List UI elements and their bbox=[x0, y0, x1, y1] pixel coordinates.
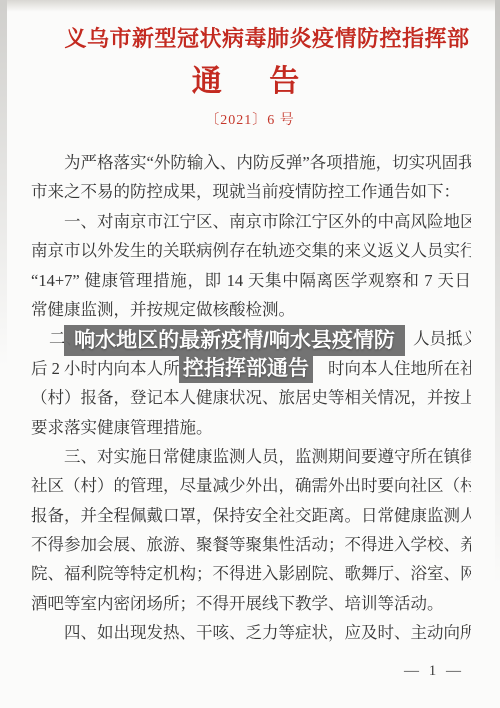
body-line-5: “14+7” 健康管理措施，即 14 天集中隔离医学观察和 7 天日 bbox=[31, 266, 471, 295]
body-line-7-right: 人员抵义 bbox=[413, 324, 471, 353]
body-line-8-left: 后 2 小时内向本人所 bbox=[31, 354, 180, 383]
document-number: 〔2021〕6 号 bbox=[0, 109, 500, 129]
body-line-12: 社区（村）的管理，尽量减少外出，确需外出时要向社区（村） bbox=[31, 471, 471, 500]
body-line-2: 市来之不易的防控成果，现就当前疫情防控工作通告如下： bbox=[31, 177, 471, 206]
body-line-15: 院、福利院等特定机构；不得进入影剧院、歌舞厅、浴室、网吧、 bbox=[31, 559, 471, 588]
body-line-11: 三、对实施日常健康监测人员，监测期间要遵守所在镇街、 bbox=[31, 442, 471, 471]
document-photo: 义乌市新型冠状病毒肺炎疫情防控指挥部 通 告 〔2021〕6 号 为严格落实“外… bbox=[0, 0, 500, 708]
caption-overlay-line-2: 控指挥部通告 bbox=[179, 356, 313, 383]
issuer-title: 义乌市新型冠状病毒肺炎疫情防控指挥部 bbox=[0, 22, 500, 53]
body-line-17: 四、如出现发热、干咳、乏力等症状，应及时、主动向所在 bbox=[31, 618, 471, 647]
body-line-6: 常健康监测，并按规定做核酸检测。 bbox=[31, 295, 471, 324]
body-line-4: 南京市以外发生的关联病例存在轨迹交集的来义返义人员实行 bbox=[31, 236, 471, 265]
body-line-1: 为严格落实“外防输入、内防反弹”各项措施，切实巩固我 bbox=[31, 148, 471, 177]
body-line-9: （村）报备，登记本人健康状况、旅居史等相关情况，并按上级 bbox=[31, 383, 471, 412]
photo-edge-top bbox=[0, 0, 500, 13]
body-line-14: 不得参加会展、旅游、聚餐等聚集性活动；不得进入学校、养老 bbox=[31, 530, 471, 559]
body-line-3: 一、对南京市江宁区、南京市除江宁区外的中高风险地区、 bbox=[31, 207, 471, 236]
notice-body: 为严格落实“外防输入、内防反弹”各项措施，切实巩固我 市来之不易的防控成果，现就… bbox=[31, 148, 471, 648]
caption-overlay-line-1: 响水地区的最新疫情/响水县疫情防 bbox=[64, 325, 405, 356]
body-line-16: 酒吧等室内密闭场所；不得开展线下教学、培训等活动。 bbox=[31, 589, 471, 618]
page-number: — 1 — bbox=[404, 663, 464, 680]
body-line-8-right: 时向本人住地所在社区 bbox=[328, 354, 471, 383]
body-line-10: 要求落实健康管理措施。 bbox=[31, 413, 471, 442]
body-line-13: 报备，并全程佩戴口罩，保持安全社交距离。日常健康监测人员 bbox=[31, 501, 471, 530]
letterhead: 义乌市新型冠状病毒肺炎疫情防控指挥部 通 告 〔2021〕6 号 bbox=[0, 22, 500, 129]
document-type: 通 告 bbox=[0, 56, 500, 100]
